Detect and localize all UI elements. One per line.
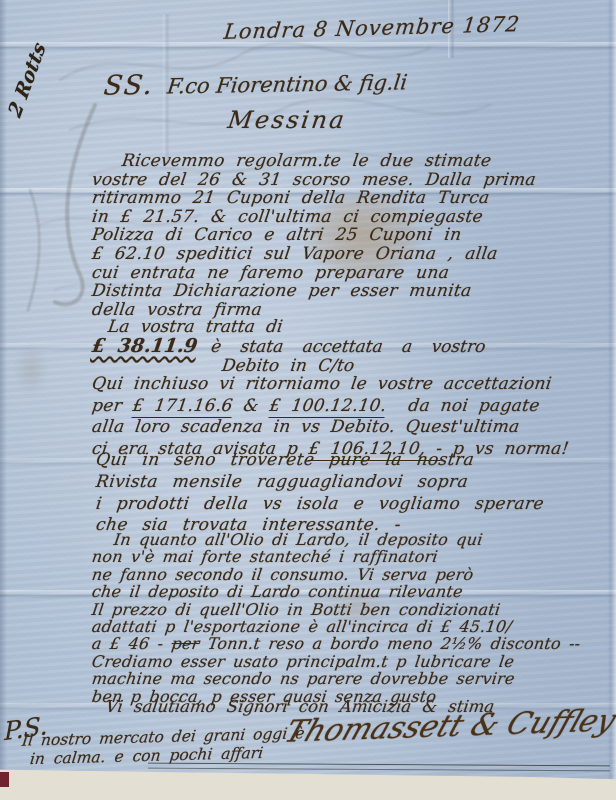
letter-line: In quanto all'Olio di Lardo, il deposito… (91, 531, 582, 548)
letter-line: Distinta Dichiarazione per esser munita (91, 282, 538, 301)
struck-word: per (170, 634, 201, 653)
letter-line: non v'è mai forte stanteché i raffinator… (91, 548, 582, 565)
letter-line: Il prezzo di quell'Olio in Botti ben con… (91, 601, 582, 618)
letter-line: £ 62.10 speditici sul Vapore Oriana , al… (91, 245, 538, 264)
docket-note: 2 Rotts (4, 40, 51, 119)
letter-line: machine ma secondo ns parere dovrebbe se… (91, 670, 582, 687)
bottom-rule (148, 763, 610, 772)
recipient-city: Messina (228, 106, 346, 134)
letter-line: Qui inchiuso vi ritorniamo le vostre acc… (90, 374, 570, 396)
fold-crease (0, 42, 616, 51)
draft-amount-block: La vostra tratta di £ 38.11.9è stata acc… (92, 318, 485, 376)
letter-line: Polizza di Carico e altri 25 Cuponi in (91, 226, 538, 245)
letter-line: cui entrata ne faremo preparare una (91, 264, 538, 283)
dateline: Londra 8 Novembre 1872 (224, 12, 521, 44)
letter-line: Crediamo esser usato principalm.t p lubr… (91, 653, 582, 670)
scanned-letter-page: 2 Rotts Londra 8 Novembre 1872 SS. F.co … (0, 0, 616, 800)
letter-line: Ricevemmo regolarm.te le due stimate (91, 152, 538, 171)
letter-line: ritirammo 21 Cuponi della Rendita Turca (91, 189, 538, 208)
paper-edge (0, 0, 7, 780)
letter-sheet: 2 Rotts Londra 8 Novembre 1872 SS. F.co … (0, 0, 616, 800)
paper-edge (607, 0, 616, 786)
letter-line: £ 38.11.9è stata accettata a vostro (91, 337, 487, 357)
paragraph-1: Ricevemmo regolarm.te le due stimate vos… (92, 152, 536, 319)
letter-line: a £ 46 - per Tonn.t reso a bordo meno 2½… (91, 635, 582, 652)
amount-underlined: £ 171.16.6 (131, 396, 234, 418)
letter-line: che il deposito di Lardo continua rileva… (91, 583, 582, 600)
letter-line: adattati p l'esportazione è all'incirca … (91, 618, 582, 635)
letter-line: ne fanno secondo il consumo. Vi serva pe… (91, 566, 582, 583)
letter-line: Qui in seno troverete pure la nostra (94, 450, 545, 472)
amount-underlined: £ 100.12.10. (268, 396, 388, 418)
letter-line: i prodotti della vs isola e vogliamo spe… (94, 494, 545, 516)
letter-line: in £ 21.57. & coll'ultima ci compiegaste (91, 208, 538, 227)
recipient-name: F.co Fiorentino & fig.li (166, 70, 409, 98)
paragraph-2: Qui inchiuso vi ritorniamo le vostre acc… (92, 374, 569, 460)
letter-line: Rivista mensile ragguagliandovi sopra (94, 472, 545, 494)
salutation: SS. (102, 70, 156, 102)
recipient-name-line: SS. F.co Fiorentino & fig.li (104, 65, 408, 101)
ink-stain (14, 344, 48, 396)
corner-fragment (0, 772, 9, 787)
letter-line: per £ 171.16.6 & £ 100.12.10.da noi paga… (90, 396, 570, 418)
letter-line: alla loro scadenza in vs Debito. Quest'u… (90, 417, 570, 439)
amount-underlined: £ 38.11.9 (91, 335, 199, 357)
letter-line: vostre del 26 & 31 scorso mese. Dalla pr… (91, 171, 538, 190)
paragraph-4: In quanto all'Olio di Lardo, il deposito… (92, 531, 580, 705)
paragraph-3: Qui in seno troverete pure la nostra Riv… (96, 450, 544, 537)
